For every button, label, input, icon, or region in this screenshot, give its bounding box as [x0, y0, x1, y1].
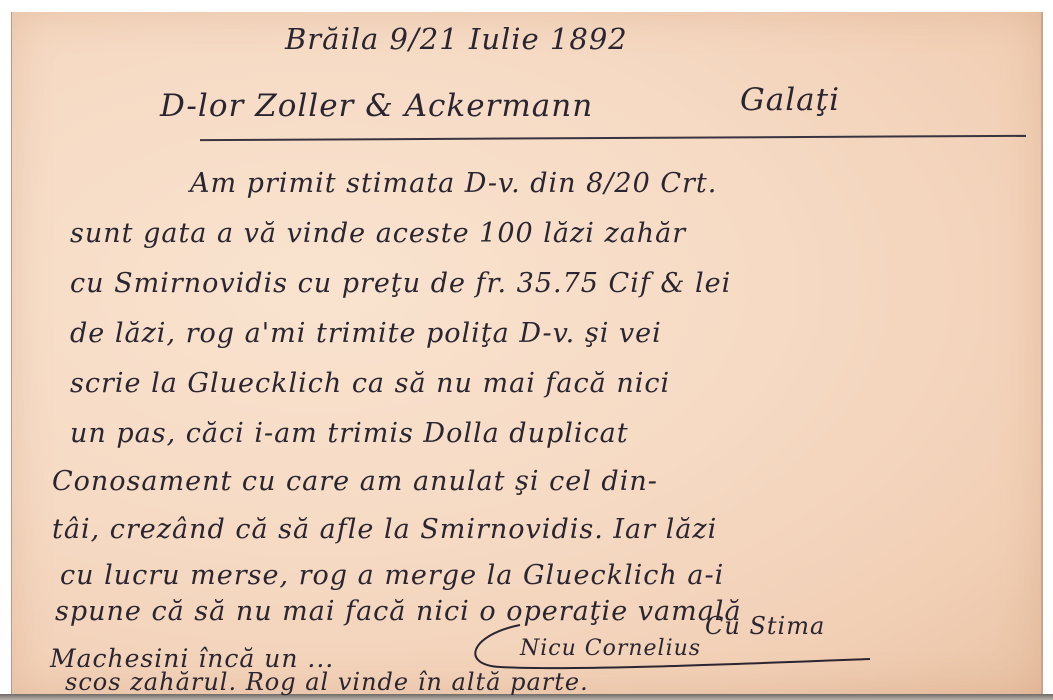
- body-line: Conosament cu care am anulat şi cel din-: [52, 466, 658, 497]
- body-line: tâi, crezând că să afle la Smirnovidis. …: [52, 514, 717, 545]
- body-line: scrie la Gluecklich ca să nu mai facă ni…: [70, 368, 670, 399]
- body-line: cu lucru merse, rog a merge la Gluecklic…: [60, 560, 724, 591]
- body-line: cu Smirnovidis cu preţu de fr. 35.75 Cif…: [70, 268, 731, 299]
- place-date: Brăila 9/21 Iulie 1892: [285, 22, 628, 56]
- body-line: un pas, căci i-am trimis Dolla duplicat: [70, 418, 629, 449]
- body-line: Am primit stimata D-v. din 8/20 Crt.: [190, 168, 717, 199]
- body-line: de lăzi, rog a'mi trimite poliţa D-v. şi…: [70, 318, 662, 349]
- addressee: D-lor Zoller & Ackermann: [160, 88, 593, 124]
- body-line: sunt gata a vă vinde aceste 100 lăzi zah…: [70, 218, 686, 249]
- signature-flourish: [460, 615, 880, 675]
- destination: Galaţi: [740, 82, 840, 118]
